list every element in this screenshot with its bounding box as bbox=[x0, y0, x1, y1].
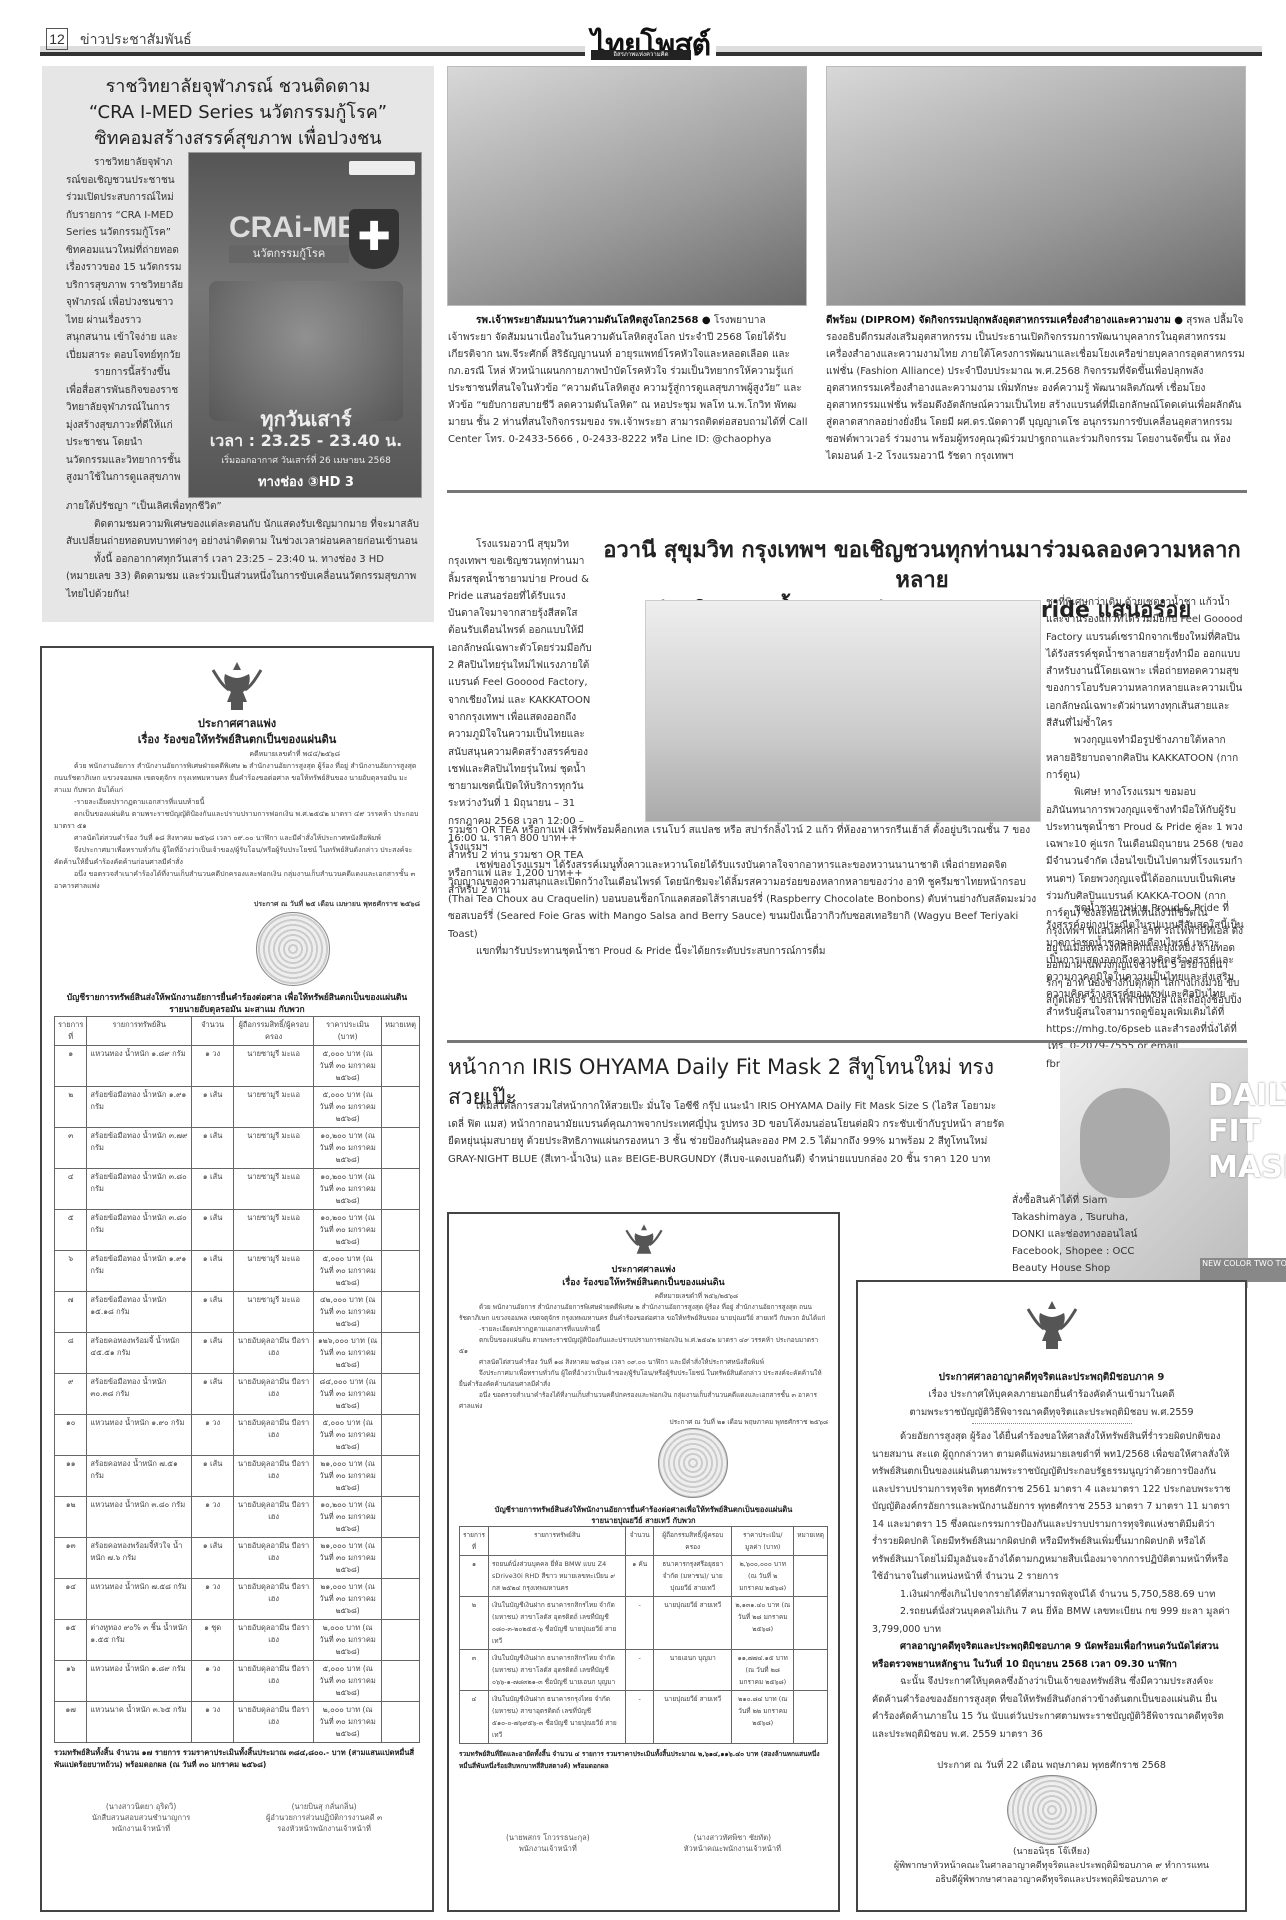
garuda-emblem-icon bbox=[622, 1220, 666, 1264]
table-cell: สร้อยข้อมือทอง น้ำหนัก ๑.๙๑ กรัม bbox=[87, 1251, 192, 1292]
table-cell: นายอับดุลอามีน บือราเฮง bbox=[234, 1497, 314, 1538]
table-cell bbox=[382, 1087, 420, 1128]
new-color-badge: NEW COLOR TWO TONE bbox=[1200, 1258, 1286, 1282]
table-cell: ๑ วง bbox=[192, 1702, 234, 1743]
table-cell: ๑ คัน bbox=[626, 1556, 654, 1597]
table-cell bbox=[382, 1661, 420, 1702]
table-cell: ๔๒,๐๐๐ บาท (ณ วันที่ ๓๐ มกราคม ๒๕๖๘) bbox=[314, 1292, 382, 1333]
col-header: ราคาประเมิน (บาท) bbox=[314, 1017, 382, 1046]
table-cell: ๑ เส้น bbox=[192, 1292, 234, 1333]
col-header: ผู้ถือกรรมสิทธิ์/ผู้ครอบครอง bbox=[234, 1017, 314, 1046]
table-row: ๒เงินในบัญชีเงินฝาก ธนาคารกสิกรไทย จำกัด… bbox=[460, 1597, 828, 1650]
table-cell: ๒๑๐.๘๔ บาท (ณ วันที่ ๒๒ มกราคม ๒๕๖๘) bbox=[732, 1691, 794, 1744]
table-cell: ๕,๐๐๐ บาท (ณ วันที่ ๓๐ มกราคม ๒๕๖๘) bbox=[314, 1415, 382, 1456]
court-seal-icon bbox=[1007, 1775, 1097, 1845]
table-cell: ๔ bbox=[460, 1691, 489, 1744]
table-cell: ๑๒ bbox=[55, 1497, 87, 1538]
avani-paragraph: เชฟของโรงแรมฯ ได้รังสรรค์เมนูทั้งคาวและห… bbox=[448, 857, 1038, 943]
table-cell bbox=[382, 1538, 420, 1579]
table-cell: ๕ bbox=[55, 1210, 87, 1251]
table-cell: นายซามูรี มะแอ bbox=[234, 1087, 314, 1128]
notice-paragraph: ศาลนัดไต่สวนคำร้อง วันที่ ๑๘ สิงหาคม ๒๕๖… bbox=[54, 832, 420, 844]
table-cell: ๒ bbox=[460, 1597, 489, 1650]
table-cell: ๓ bbox=[460, 1650, 489, 1691]
table-cell: รถยนต์นั่งส่วนบุคคล ยี่ห้อ BMW แบบ Z4 sD… bbox=[489, 1556, 626, 1597]
table-cell: ๑ ชุด bbox=[192, 1620, 234, 1661]
chaophya-caption: รพ.เจ้าพระยาสัมมนาวันความดันโลหิตสูงโลก2… bbox=[448, 312, 808, 448]
caption-headline: รพ.เจ้าพระยาสัมมนาวันความดันโลหิตสูงโลก2… bbox=[476, 315, 711, 326]
avani-paragraph: แขกที่มารับประทานชุดน้ำชา Proud & Pride … bbox=[448, 943, 1038, 960]
feature-paragraph-2: รายการนี้สร้างขึ้นเพื่อสื่อสารพันธกิจของ… bbox=[66, 364, 184, 487]
seal-wrap bbox=[459, 1428, 828, 1498]
caption-body: โรงพยาบาลเจ้าพระยา จัดสัมมนาเนื่องในวันค… bbox=[448, 315, 808, 445]
notice-content: ประกาศศาลอาญาคดีทุจริตและประพฤติมิชอบภาค… bbox=[858, 1282, 1245, 1895]
notice-paragraph: จึงประกาศมาเพื่อทราบทั่วกัน ผู้ใดที่อ้าง… bbox=[459, 1368, 828, 1390]
col-header: หมายเหตุ bbox=[382, 1017, 420, 1046]
caption-headline: ดีพร้อม (DIPROM) จัดกิจกรรมปลุกพลังอุตสา… bbox=[826, 315, 1183, 326]
table-cell: - bbox=[626, 1691, 654, 1744]
table-cell: ๑ เส้น bbox=[192, 1210, 234, 1251]
table-cell: สร้อยข้อมือทอง น้ำหนัก ๑.๙๑ กรัม bbox=[87, 1087, 192, 1128]
table-cell: สร้อยคอทองพร้อมจี้ น้ำหนัก ๔๕.๕๑ กรัม bbox=[87, 1333, 192, 1374]
table-cell bbox=[794, 1597, 828, 1650]
table-row: ๗สร้อยข้อมือทอง น้ำหนัก ๑๕.๑๘ กรัม๑ เส้น… bbox=[55, 1292, 420, 1333]
table-cell bbox=[382, 1374, 420, 1415]
masthead-tagline: อิสรภาพแห่งความคิด bbox=[591, 50, 691, 60]
signer-name: (นางสาวนิตยา อุริดวิ) bbox=[92, 1801, 191, 1812]
notice-title: ประกาศศาลแพ่ง bbox=[54, 716, 420, 732]
asset-table: รายการที่ รายการทรัพย์สิน จำนวน ผู้ถือกร… bbox=[459, 1526, 828, 1744]
page-header: 12 ข่าวประชาสัมพันธ์ ไทยโพสต์ อิสรภาพแห่… bbox=[40, 22, 1262, 56]
feature-full-text: ภายใต้ปรัชญา “เป็นเลิศเพื่อทุกชีวิต” ติด… bbox=[66, 498, 426, 603]
signer-name: (นายพสกร โกวรรธนะกุล) bbox=[506, 1832, 590, 1843]
signer-name: (นายอนิรุธ โจ๊เหียง) bbox=[872, 1845, 1231, 1859]
court-seal-icon bbox=[256, 912, 330, 986]
table-row: ๔เงินในบัญชีเงินฝาก ธนาคารกรุงไทย จำกัด … bbox=[460, 1691, 828, 1744]
table-cell: สร้อยคอทองพร้อมจี้หัวใจ น้ำหนัก ๗.๖ กรัม bbox=[87, 1538, 192, 1579]
table-cell: ๑ วง bbox=[192, 1415, 234, 1456]
feature-headline: ราชวิทยาลัยจุฬาภรณ์ ชวนติดตาม “CRA I-MED… bbox=[42, 74, 434, 152]
dotted-divider bbox=[972, 1423, 1132, 1424]
table-cell bbox=[382, 1251, 420, 1292]
signer-role: นักสืบสวนสอบสวนชำนาญการ bbox=[92, 1812, 191, 1823]
table-cell: ๑ bbox=[55, 1046, 87, 1087]
table-row: ๑๑สร้อยคอทอง น้ำหนัก ๗.๕๑ กรัม๑ เส้นนายอ… bbox=[55, 1456, 420, 1497]
table-cell: นายซามูรี มะแอ bbox=[234, 1292, 314, 1333]
table-cell: นายอับดุลอามีน บือราเฮง bbox=[234, 1374, 314, 1415]
table-row: ๒สร้อยข้อมือทอง น้ำหนัก ๑.๙๑ กรัม๑ เส้นน… bbox=[55, 1087, 420, 1128]
signer-role: ผู้อำนวยการส่วนปฏิบัติการงานคดี ๓ bbox=[266, 1812, 382, 1823]
poster-cast-photo bbox=[209, 281, 403, 421]
feature-paragraph-1: ราชวิทยาลัยจุฬาภรณ์ขอเชิญชวนประชาชนร่วมเ… bbox=[66, 154, 184, 364]
table-cell: ๑ เส้น bbox=[192, 1087, 234, 1128]
hearing-date: ศาลอาญาคดีทุจริตและประพฤติมิชอบภาค 9 นัด… bbox=[872, 1638, 1231, 1673]
table-row: ๑๖แหวนทอง น้ำหนัก ๑.๘๙ กรัม๑ วงนายอับดุล… bbox=[55, 1661, 420, 1702]
poster-logo bbox=[349, 161, 415, 175]
table-cell: นายอับดุลอามีน บือราเฮง bbox=[234, 1333, 314, 1374]
signer-role: ผู้พิพากษาหัวหน้าคณะในศาลอาญาคดีทุจริตแล… bbox=[872, 1859, 1231, 1873]
table-header: รายการที่ รายการทรัพย์สิน จำนวน ผู้ถือกร… bbox=[460, 1527, 828, 1556]
table-cell: ๕,๐๐๐ บาท (ณ วันที่ ๓๐ มกราคม ๒๕๖๘) bbox=[314, 1251, 382, 1292]
signer-role: อธิบดีผู้พิพากษาศาลอาญาคดีทุจริตและประพฤ… bbox=[872, 1873, 1231, 1887]
cra-imed-poster: CRAi-MED นวัตกรรมกู้โรค ✚ ทุกวันเสาร์ เว… bbox=[188, 152, 422, 498]
notice-title: ประกาศศาลแพ่ง bbox=[459, 1264, 828, 1277]
table-cell: ๒๑,๐๐๐ บาท (ณ วันที่ ๓๐ มกราคม ๒๕๖๘) bbox=[314, 1538, 382, 1579]
signer-role: หัวหน้าคณะพนักงานเจ้าหน้าที่ bbox=[684, 1843, 781, 1854]
notice-paragraph: จึงประกาศมาเพื่อทราบทั่วกัน ผู้ใดที่อ้าง… bbox=[54, 844, 420, 868]
medical-shield-icon: ✚ bbox=[349, 209, 399, 269]
signer-2: (นายบินสุ กลั่นกลิ่น)ผู้อำนวยการส่วนปฏิบ… bbox=[266, 1801, 382, 1834]
masthead-logo: ไทยโพสต์ bbox=[585, 22, 716, 69]
table-cell: นายปุณยวีย์ สายเทวี bbox=[654, 1691, 732, 1744]
asset-item: 2.รถยนต์นั่งส่วนบุคคลไม่เกิน 7 คน ยี่ห้อ… bbox=[872, 1603, 1231, 1638]
table-cell: ๑๐,๒๐๐ บาท (ณ วันที่ ๓๐ มกราคม ๒๕๖๘) bbox=[314, 1497, 382, 1538]
asset-item: 1.เงินฝากซึ่งเกินไปจากรายได้ที่สามารถพิส… bbox=[872, 1586, 1231, 1604]
notice-date: ประกาศ ณ วันที่ 22 เดือน พฤษภาคม พุทธศัก… bbox=[872, 1757, 1231, 1775]
feature-paragraph-3: ภายใต้ปรัชญา “เป็นเลิศเพื่อทุกชีวิต” bbox=[66, 498, 426, 516]
chaophya-hospital-photo bbox=[447, 66, 807, 306]
table-cell: ๕,๐๐๐ บาท (ณ วันที่ ๓๐ มกราคม ๒๕๖๘) bbox=[314, 1661, 382, 1702]
table-cell bbox=[794, 1650, 828, 1691]
headline-line-3: ซิทคอมสร้างสรรค์สุขภาพ เพื่อปวงชน bbox=[42, 126, 434, 152]
ad-word: DAILY bbox=[1208, 1078, 1286, 1114]
table-cell: แหวนทอง น้ำหนัก ๓.๘๐ กรัม bbox=[87, 1497, 192, 1538]
table-cell: นายอับดุลอามีน บือราเฮง bbox=[234, 1579, 314, 1620]
table-cell bbox=[794, 1556, 828, 1597]
table-cell: ๗ bbox=[55, 1292, 87, 1333]
col-header: รายการทรัพย์สิน bbox=[87, 1017, 192, 1046]
list-subtitle: รายนายอับดุลรอมัน มะสาแม กับพวก bbox=[54, 1004, 420, 1016]
signer-name: (นายบินสุ กลั่นกลิ่น) bbox=[266, 1801, 382, 1812]
table-cell: นายซามูรี มะแอ bbox=[234, 1210, 314, 1251]
table-row: ๕สร้อยข้อมือทอง น้ำหนัก ๓.๘๐ กรัม๑ เส้นน… bbox=[55, 1210, 420, 1251]
signer-1: (นางสาวนิตยา อุริดวิ)นักสืบสวนสอบสวนชำนา… bbox=[92, 1801, 191, 1834]
table-cell: แหวนทอง น้ำหนัก ๑.๙๐ กรัม bbox=[87, 1415, 192, 1456]
col-header: ผู้ถือกรรมสิทธิ์/ผู้ครอบครอง bbox=[654, 1527, 732, 1556]
poster-start-date: เริ่มออกอากาศ วันเสาร์ที่ 26 เมษายน 2568 bbox=[189, 453, 423, 467]
signer-1: (นายพสกร โกวรรธนะกุล)พนักงานเจ้าหน้าที่ bbox=[506, 1832, 590, 1854]
headline-line-1: ราชวิทยาลัยจุฬาภรณ์ ชวนติดตาม bbox=[42, 74, 434, 100]
table-header: รายการที่ รายการทรัพย์สิน จำนวน ผู้ถือกร… bbox=[55, 1017, 420, 1046]
table-cell: ๑ เส้น bbox=[192, 1169, 234, 1210]
table-cell bbox=[382, 1579, 420, 1620]
table-cell: ๑๒๖,๐๐๐ บาท (ณ วันที่ ๓๐ มกราคม ๒๕๖๘) bbox=[314, 1333, 382, 1374]
table-cell: ๒,๖๐๐,๐๐๐ บาท (ณ วันที่ ๒ มกราคม ๒๕๖๘) bbox=[732, 1556, 794, 1597]
notice-paragraph: ด้วย พนักงานอัยการ สำนักงานอัยการพิเศษฝ่… bbox=[459, 1302, 828, 1324]
table-cell: ๙ bbox=[55, 1374, 87, 1415]
table-cell: เงินในบัญชีเงินฝาก ธนาคารกสิกรไทย จำกัด … bbox=[489, 1597, 626, 1650]
poster-subtitle: นวัตกรรมกู้โรค bbox=[229, 245, 349, 263]
table-cell: สร้อยข้อมือทอง น้ำหนัก ๓.๘๐ กรัม bbox=[87, 1169, 192, 1210]
afternoon-tea-photo bbox=[645, 600, 1041, 822]
table-cell: ๒๑,๐๐๐ บาท (ณ วันที่ ๓๐ มกราคม ๒๕๖๘) bbox=[314, 1456, 382, 1497]
notice-paragraph: ฉะนั้น จึงประกาศให้บุคคลซึ่งอ้างว่าเป็นเ… bbox=[872, 1673, 1231, 1743]
table-row: ๑แหวนทอง น้ำหนัก ๑.๘๙ กรัม๑ วงนายซามูรี … bbox=[55, 1046, 420, 1087]
table-cell bbox=[382, 1333, 420, 1374]
table-cell: สร้อยข้อมือทอง น้ำหนัก ๓๐.๓๘ กรัม bbox=[87, 1374, 192, 1415]
table-cell: เงินในบัญชีเงินฝาก ธนาคารกรุงไทย จำกัด (… bbox=[489, 1691, 626, 1744]
table-cell: ๒,๐๐๐ บาท (ณ วันที่ ๓๐ มกราคม ๒๕๖๘) bbox=[314, 1620, 382, 1661]
table-row: ๑๒แหวนทอง น้ำหนัก ๓.๘๐ กรัม๑ วงนายอับดุล… bbox=[55, 1497, 420, 1538]
table-cell bbox=[382, 1702, 420, 1743]
table-cell bbox=[382, 1620, 420, 1661]
table-cell bbox=[382, 1415, 420, 1456]
table-cell: ๘ bbox=[55, 1333, 87, 1374]
table-cell: ๑๔ bbox=[55, 1579, 87, 1620]
signer-2: (นางสาวทัศพิชา ชัยทัต)หัวหน้าคณะพนักงานเ… bbox=[684, 1832, 781, 1854]
table-cell: นายอับดุลอามีน บือราเฮง bbox=[234, 1456, 314, 1497]
table-cell: ๑ เส้น bbox=[192, 1333, 234, 1374]
table-cell: นายซามูรี มะแอ bbox=[234, 1128, 314, 1169]
list-subtitle: รายนายปุณยวีย์ สายเทวี กับพวก bbox=[459, 1515, 828, 1526]
table-row: ๑๐แหวนทอง น้ำหนัก ๑.๙๐ กรัม๑ วงนายอับดุล… bbox=[55, 1415, 420, 1456]
diprom-event-photo bbox=[826, 66, 1246, 306]
model-photo bbox=[1080, 1088, 1170, 1198]
table-row: ๔สร้อยข้อมือทอง น้ำหนัก ๓.๘๐ กรัม๑ เส้นน… bbox=[55, 1169, 420, 1210]
table-cell: แหวนทอง น้ำหนัก ๑.๘๙ กรัม bbox=[87, 1661, 192, 1702]
table-cell: นายเอนก บุญมา bbox=[654, 1650, 732, 1691]
asset-total: รวมทรัพย์สินที่ยึดและอายัดทั้งสิ้น จำนวน… bbox=[459, 1748, 828, 1772]
list-title: บัญชีรายการทรัพย์สินส่งให้พนักงานอัยการย… bbox=[459, 1504, 828, 1515]
table-cell: ๕,๐๐๐ บาท (ณ วันที่ ๓๐ มกราคม ๒๕๖๘) bbox=[314, 1046, 382, 1087]
table-cell: แหวนทอง น้ำหนัก ๑.๘๙ กรัม bbox=[87, 1046, 192, 1087]
table-cell: - bbox=[626, 1597, 654, 1650]
table-cell: ๒,๐๐๐ บาท (ณ วันที่ ๓๐ มกราคม ๒๕๖๘) bbox=[314, 1702, 382, 1743]
avani-paragraph: ชาที่พิเศษกว่าเดิม ด้วยเซตกาน้ำชา แก้วน้… bbox=[1046, 594, 1244, 732]
table-cell bbox=[382, 1497, 420, 1538]
table-cell: ๑๐,๒๐๐ บาท (ณ วันที่ ๓๐ มกราคม ๒๕๖๘) bbox=[314, 1169, 382, 1210]
mask-shop-info: สั่งซื้อสินค้าได้ที่ Siam Takashimaya , … bbox=[1012, 1192, 1162, 1277]
notice-content: ประกาศศาลแพ่ง เรื่อง ร้องขอให้ทรัพย์สินต… bbox=[449, 1214, 838, 1860]
notice-content: ประกาศศาลแพ่ง เรื่อง ร้องขอให้ทรัพย์สินต… bbox=[42, 648, 432, 1842]
signer-role: รองหัวหน้าพนักงานเจ้าหน้าที่ bbox=[266, 1823, 382, 1834]
notice-subject: เรื่อง ร้องขอให้ทรัพย์สินตกเป็นของแผ่นดิ… bbox=[459, 1277, 828, 1290]
table-cell: สร้อยคอทอง น้ำหนัก ๗.๕๑ กรัม bbox=[87, 1456, 192, 1497]
table-row: ๓เงินในบัญชีเงินฝาก ธนาคารกสิกรไทย จำกัด… bbox=[460, 1650, 828, 1691]
table-cell: ๑๓ bbox=[55, 1538, 87, 1579]
col-header: หมายเหตุ bbox=[794, 1527, 828, 1556]
notice-paragraph: อนึ่ง ขอตรวจสำเนาคำร้องได้ที่งานเก็บสำนว… bbox=[459, 1390, 828, 1412]
table-cell: ๑ เส้น bbox=[192, 1538, 234, 1579]
notice-paragraph: อนึ่ง ขอตรวจสำเนาคำร้องได้ที่งานเก็บสำนว… bbox=[54, 868, 420, 892]
table-row: ๓สร้อยข้อมือทอง น้ำหนัก ๓.๗๙ กรัม๑ เส้นน… bbox=[55, 1128, 420, 1169]
col-header: จำนวน bbox=[626, 1527, 654, 1556]
diprom-caption: ดีพร้อม (DIPROM) จัดกิจกรรมปลุกพลังอุตสา… bbox=[826, 312, 1246, 465]
signatures: (นางสาวนิตยา อุริดวิ)นักสืบสวนสอบสวนชำนา… bbox=[54, 1801, 420, 1834]
headline-line-1: อวานี สุขุมวิท กรุงเทพฯ ขอเชิญชวนทุกท่าน… bbox=[598, 536, 1246, 596]
col-header: ราคาประเมิน/มูลค่า (บาท) bbox=[732, 1527, 794, 1556]
table-cell: ๑๑ bbox=[55, 1456, 87, 1497]
table-cell: ๒,๑๓๑.๔๐ บาท (ณ วันที่ ๒๘ มกราคม ๒๕๖๘) bbox=[732, 1597, 794, 1650]
notice-paragraph: -รายละเอียดปรากฏตามเอกสารที่แนบท้ายนี้ bbox=[459, 1324, 828, 1335]
col-header: จำนวน bbox=[192, 1017, 234, 1046]
asset-table: รายการที่ รายการทรัพย์สิน จำนวน ผู้ถือกร… bbox=[54, 1016, 420, 1743]
table-cell: ๑ วง bbox=[192, 1497, 234, 1538]
col-header: รายการที่ bbox=[460, 1527, 489, 1556]
notice-paragraph: ด้วย พนักงานอัยการ สำนักงานอัยการพิเศษฝ่… bbox=[54, 760, 420, 796]
table-cell: ๓ bbox=[55, 1128, 87, 1169]
table-cell: ๑๐,๒๐๐ บาท (ณ วันที่ ๓๐ มกราคม ๒๕๖๘) bbox=[314, 1128, 382, 1169]
list-title: บัญชีรายการทรัพย์สินส่งให้พนักงานอัยการย… bbox=[54, 992, 420, 1004]
table-cell bbox=[382, 1456, 420, 1497]
ad-word: FIT bbox=[1208, 1114, 1286, 1150]
table-cell: ๑ เส้น bbox=[192, 1251, 234, 1292]
notice-paragraph: ศาลนัดไต่สวนคำร้อง วันที่ ๑๘ สิงหาคม ๒๕๖… bbox=[459, 1357, 828, 1368]
table-cell: นายอับดุลอามีน บือราเฮง bbox=[234, 1661, 314, 1702]
mask-body: เพิ่มสไตล์การสวมใส่หน้ากากให้สวยเป๊ะ มั่… bbox=[448, 1098, 1008, 1168]
caption-body: สุรพล ปลื้มใจ รองอธิบดีกรมส่งเสริมอุตสาห… bbox=[826, 315, 1245, 462]
signer-name: (นางสาวทัศพิชา ชัยทัต) bbox=[684, 1832, 781, 1843]
table-cell: ๑ เส้น bbox=[192, 1374, 234, 1415]
col-header: รายการที่ bbox=[55, 1017, 87, 1046]
table-cell: ๑๗ bbox=[55, 1702, 87, 1743]
table-cell bbox=[382, 1292, 420, 1333]
table-cell: ๕,๐๐๐ บาท (ณ วันที่ ๓๐ มกราคม ๒๕๖๘) bbox=[314, 1087, 382, 1128]
table-cell: นายปุณยวีย์ สายเทวี bbox=[654, 1597, 732, 1650]
table-cell: ๑ วง bbox=[192, 1046, 234, 1087]
poster-channel: ทางช่อง ③HD 3 bbox=[189, 471, 423, 492]
ad-word: MASK bbox=[1208, 1150, 1286, 1186]
table-cell: ๑ bbox=[460, 1556, 489, 1597]
notice-title: ประกาศศาลอาญาคดีทุจริตและประพฤติมิชอบภาค… bbox=[872, 1370, 1231, 1386]
avani-paragraph: รวมชา OR TEA หรือกาแฟ เสิร์ฟพร้อมค็อกเทล… bbox=[448, 822, 1038, 857]
notice-paragraph: ตกเป็นของแผ่นดิน ตามพระราชบัญญัติป้องกัน… bbox=[459, 1335, 828, 1357]
notice-act: ตามพระราชบัญญัติวิธีพิจารณาคดีทุจริตและป… bbox=[872, 1404, 1231, 1422]
table-cell: ๑๕ bbox=[55, 1620, 87, 1661]
signer-role: พนักงานเจ้าหน้าที่ bbox=[506, 1843, 590, 1854]
garuda-emblem-icon bbox=[207, 656, 267, 716]
table-cell: ๘๔,๐๐๐ บาท (ณ วันที่ ๓๐ มกราคม ๒๕๖๘) bbox=[314, 1374, 382, 1415]
section-divider bbox=[447, 1040, 1247, 1043]
table-cell bbox=[382, 1210, 420, 1251]
table-cell: นายอับดุลอามีน บือราเฮง bbox=[234, 1620, 314, 1661]
table-cell: ๔ bbox=[55, 1169, 87, 1210]
table-cell: ๑ วง bbox=[192, 1579, 234, 1620]
table-cell: นายอับดุลอามีน บือราเฮง bbox=[234, 1702, 314, 1743]
civil-court-notice-2: ประกาศศาลแพ่ง เรื่อง ร้องขอให้ทรัพย์สินต… bbox=[447, 1212, 840, 1912]
table-cell: ๖ bbox=[55, 1251, 87, 1292]
notice-body: ด้วยอัยการสูงสุด ผู้ร้อง ได้ยื่นคำร้องขอ… bbox=[872, 1428, 1231, 1743]
col-header: รายการทรัพย์สิน bbox=[489, 1527, 626, 1556]
signatures: (นายพสกร โกวรรธนะกุล)พนักงานเจ้าหน้าที่ … bbox=[459, 1832, 828, 1854]
notice-paragraph: ด้วยอัยการสูงสุด ผู้ร้อง ได้ยื่นคำร้องขอ… bbox=[872, 1428, 1231, 1586]
signer-role: พนักงานเจ้าหน้าที่ bbox=[92, 1823, 191, 1834]
ad-wordmark: DAILY FIT MASK bbox=[1208, 1078, 1286, 1186]
asset-total: รวมทรัพย์สินทั้งสิ้น จำนวน ๑๗ รายการ รวม… bbox=[54, 1747, 420, 1771]
table-cell: ๑ เส้น bbox=[192, 1128, 234, 1169]
feature-column-text: ราชวิทยาลัยจุฬาภรณ์ขอเชิญชวนประชาชนร่วมเ… bbox=[66, 154, 184, 487]
table-row: ๑รถยนต์นั่งส่วนบุคคล ยี่ห้อ BMW แบบ Z4 s… bbox=[460, 1556, 828, 1597]
notice-date: ประกาศ ณ วันที่ ๒๕ เดือน เมษายน พุทธศักร… bbox=[54, 898, 420, 910]
table-cell: แหวนทอง น้ำหนัก ๗.๕๘ กรัม bbox=[87, 1579, 192, 1620]
table-cell: ๑ วง bbox=[192, 1661, 234, 1702]
table-cell: ๑๖ bbox=[55, 1661, 87, 1702]
table-cell: แหวนนาค น้ำหนัก ๓.๖๕ กรัม bbox=[87, 1702, 192, 1743]
feature-paragraph-5: ทั้งนี้ ออกอากาศทุกวันเสาร์ เวลา 23:25 –… bbox=[66, 551, 426, 604]
notice-subject: เรื่อง ประกาศให้บุคคลภายนอกยื่นคำร้องคัด… bbox=[872, 1386, 1231, 1404]
table-cell: ๑ เส้น bbox=[192, 1456, 234, 1497]
civil-court-notice-1: ประกาศศาลแพ่ง เรื่อง ร้องขอให้ทรัพย์สินต… bbox=[40, 646, 434, 1912]
table-cell: ๒ bbox=[55, 1087, 87, 1128]
table-cell: - bbox=[626, 1650, 654, 1691]
notice-paragraph: -รายละเอียดปรากฏตามเอกสารที่แนบท้ายนี้ bbox=[54, 796, 420, 808]
court-seal-icon bbox=[658, 1428, 728, 1498]
notice-paragraph: ตกเป็นของแผ่นดิน ตามพระราชบัญญัติป้องกัน… bbox=[54, 808, 420, 832]
table-row: ๙สร้อยข้อมือทอง น้ำหนัก ๓๐.๓๘ กรัม๑ เส้น… bbox=[55, 1374, 420, 1415]
table-cell: ต่างหูทอง ๙๐% ๓ ชิ้น น้ำหนัก ๑.๕๕ กรัม bbox=[87, 1620, 192, 1661]
notice-body: ด้วย พนักงานอัยการ สำนักงานอัยการพิเศษฝ่… bbox=[459, 1302, 828, 1412]
table-row: ๖สร้อยข้อมือทอง น้ำหนัก ๑.๙๑ กรัม๑ เส้นน… bbox=[55, 1251, 420, 1292]
table-row: ๑๔แหวนทอง น้ำหนัก ๗.๕๘ กรัม๑ วงนายอับดุล… bbox=[55, 1579, 420, 1620]
table-row: ๑๗แหวนนาค น้ำหนัก ๓.๖๕ กรัม๑ วงนายอับดุล… bbox=[55, 1702, 420, 1743]
corruption-court-notice: ประกาศศาลอาญาคดีทุจริตและประพฤติมิชอบภาค… bbox=[856, 1280, 1247, 1912]
table-cell: เงินในบัญชีเงินฝาก ธนาคารกสิกรไทย จำกัด … bbox=[489, 1650, 626, 1691]
feature-paragraph-4: ติดตามชมความพิเศษของแต่ละตอนกับ นักแสดงร… bbox=[66, 516, 426, 551]
table-row: ๑๕ต่างหูทอง ๙๐% ๓ ชิ้น น้ำหนัก ๑.๕๕ กรัม… bbox=[55, 1620, 420, 1661]
table-cell: นายซามูรี มะแอ bbox=[234, 1046, 314, 1087]
table-row: ๑๓สร้อยคอทองพร้อมจี้หัวใจ น้ำหนัก ๗.๖ กร… bbox=[55, 1538, 420, 1579]
notice-date: ประกาศ ณ วันที่ ๒๑ เดือน พฤษภาคม พุทธศัก… bbox=[459, 1416, 828, 1428]
table-cell: นายอับดุลอามีน บือราเฮง bbox=[234, 1538, 314, 1579]
headline-line-2: “CRA I-MED Series นวัตกรรมกู้โรค” bbox=[42, 100, 434, 126]
table-cell: ธนาคารกรุงศรีอยุธยา จำกัด (มหาชน)/ นายปุ… bbox=[654, 1556, 732, 1597]
table-cell: สร้อยข้อมือทอง น้ำหนัก ๓.๗๙ กรัม bbox=[87, 1128, 192, 1169]
notice-subject: เรื่อง ร้องขอให้ทรัพย์สินตกเป็นของแผ่นดิ… bbox=[54, 732, 420, 748]
table-cell: นายซามูรี มะแอ bbox=[234, 1169, 314, 1210]
table-cell bbox=[382, 1169, 420, 1210]
avani-bottom-text: รวมชา OR TEA หรือกาแฟ เสิร์ฟพร้อมค็อกเทล… bbox=[448, 822, 1038, 960]
feature-cra-imed: ราชวิทยาลัยจุฬาภรณ์ ชวนติดตาม “CRA I-MED… bbox=[42, 66, 434, 622]
seal-wrap bbox=[872, 1775, 1231, 1845]
poster-time: เวลา : 23.25 - 23.40 น. bbox=[189, 429, 423, 454]
table-row: ๘สร้อยคอทองพร้อมจี้ น้ำหนัก ๔๕.๕๑ กรัม๑ … bbox=[55, 1333, 420, 1374]
avani-paragraph: พวงกุญแจทำมือรูปช้างภายใต้หลากหลายอิริยา… bbox=[1046, 732, 1244, 784]
table-cell: นายอับดุลอามีน บือราเฮง bbox=[234, 1415, 314, 1456]
table-cell: ๒๑,๐๐๐ บาท (ณ วันที่ ๓๐ มกราคม ๒๕๖๘) bbox=[314, 1579, 382, 1620]
table-cell bbox=[794, 1691, 828, 1744]
page-number: 12 bbox=[46, 28, 68, 50]
table-cell: ๑๑,๗๗๔.๑๕ บาท (ณ วันที่ ๒๘ มกราคม ๒๕๖๘) bbox=[732, 1650, 794, 1691]
garuda-emblem-icon bbox=[1022, 1290, 1082, 1360]
section-name: ข่าวประชาสัมพันธ์ bbox=[80, 29, 192, 51]
table-cell bbox=[382, 1046, 420, 1087]
seal-wrap bbox=[54, 912, 420, 986]
table-cell: ๑๐ bbox=[55, 1415, 87, 1456]
table-cell bbox=[382, 1128, 420, 1169]
case-number: คดีหมายเลขดำที่ พ๔๔/๒๕๖๘ bbox=[54, 748, 420, 760]
table-cell: นายซามูรี มะแอ bbox=[234, 1251, 314, 1292]
table-cell: สร้อยข้อมือทอง น้ำหนัก ๑๕.๑๘ กรัม bbox=[87, 1292, 192, 1333]
table-cell: สร้อยข้อมือทอง น้ำหนัก ๓.๘๐ กรัม bbox=[87, 1210, 192, 1251]
notice-body: ด้วย พนักงานอัยการ สำนักงานอัยการพิเศษฝ่… bbox=[54, 760, 420, 892]
case-number: คดีหมายเลขดำที่ พ๕๖/๒๕๖๘ bbox=[459, 1290, 828, 1302]
section-divider bbox=[447, 490, 1247, 493]
table-cell: ๑๐,๒๐๐ บาท (ณ วันที่ ๓๐ มกราคม ๒๕๖๘) bbox=[314, 1210, 382, 1251]
